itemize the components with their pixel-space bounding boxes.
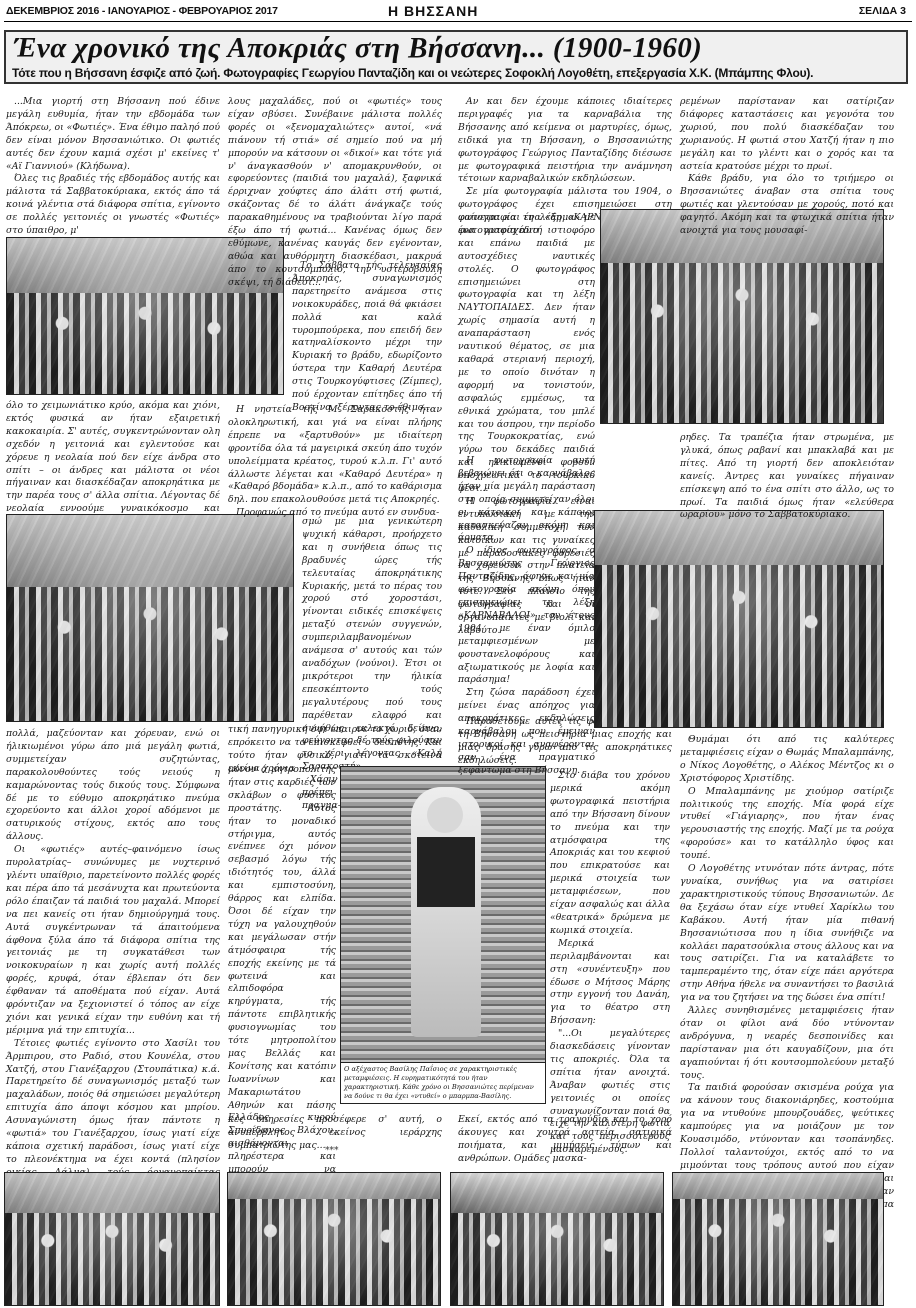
- photo-fustanella-group: [600, 209, 884, 424]
- column-4-bottom: Θυμάμαι ότι από τις καλύτερες μεταμφιέσε…: [680, 734, 894, 1224]
- article-title: Ένα χρονικό της Αποκριάς στη Βήσσανη... …: [14, 32, 904, 65]
- newspaper-name: Η ΒΗΣΣΑΝΗ: [388, 3, 478, 19]
- photo-bottom-4: [672, 1172, 884, 1306]
- paragraph: Όλες τις βραδιές τής εβδομάδος αυτής και…: [6, 173, 220, 238]
- paragraph: Το Σάββατο τής τελευταίας Άποκρηάς, συνα…: [292, 260, 442, 415]
- column-3-end: Εκεί, εκτός από τα τραγούδια και το χορό…: [458, 1114, 672, 1166]
- paragraph: ...Μια γιορτή στη Βήσσανη πού έδινε μεγά…: [6, 96, 220, 173]
- paragraph: Η φωτογραφία αυτή βεβαιώνει ότι ο καρνάβ…: [458, 455, 595, 545]
- page-number: ΣΕΛΙΔΑ 3: [859, 5, 906, 17]
- paragraph: Εκεί, εκτός από τα τραγούδια και το χορό…: [458, 1114, 672, 1166]
- paragraph: Ο Μπαλαμπάνης με χιούμορ σατίριζε πολιτι…: [680, 786, 894, 863]
- paragraph: Ο ίδιος φωτογράφος, ο Βησσανιώτης Γεώργι…: [458, 545, 595, 687]
- paragraph: Ο Λογοθέτης ντυνόταν πότε άντρας, πότε γ…: [680, 863, 894, 1005]
- photo-naftopaides-float: [6, 514, 294, 722]
- photo-caption: Ο αξέχαστος Βασίλης Παΐσιος σε χαρακτηρι…: [341, 1062, 545, 1103]
- photo-bottom-1: [4, 1172, 220, 1306]
- column-2-mid: Η νηστεία τής Μ. Σαρακοστής ήταν ολοκληρ…: [228, 404, 442, 520]
- article-title-box: Ένα χρονικό της Αποκριάς στη Βήσσανη... …: [4, 30, 908, 84]
- column-2-narrow: μόνον ό μητροπολίτης ήταν στις καρδιές τ…: [228, 764, 336, 1242]
- paragraph: Στο διάβα του χρόνου μερικά ακόμη φωτογρ…: [550, 770, 670, 938]
- column-2-beside-photo: Το Σάββατο τής τελευταίας Άποκρηάς, συνα…: [292, 260, 442, 415]
- paragraph: Κάθε βράδυ, για όλο το τριήμερο οι Βησσα…: [680, 173, 894, 238]
- photo-bottom-3: [450, 1172, 664, 1306]
- paragraph: Οι «φωτιές» αυτές–φαινόμενο ίσως πυρολατ…: [6, 844, 220, 1038]
- paragraph: ρηδες. Τα τραπέζια ήταν στρωμένα, με γλυ…: [680, 432, 894, 522]
- column-4-top: ρεμένων παρίσταναν και σατίριζαν διάφορε…: [680, 96, 894, 238]
- paragraph: Η νηστεία τής Μ. Σαρακοστής ήταν ολοκληρ…: [228, 404, 442, 507]
- paragraph: ρεμένων παρίσταναν και σατίριζαν διάφορε…: [680, 96, 894, 173]
- issue-date: ΔΕΚΕΜΒΡΙΟΣ 2016 - ΙΑΝΟΥΑΡΙΟΣ - ΦΕΒΡΟΥΑΡΙ…: [6, 5, 278, 17]
- paragraph: Αν και δεν έχουμε κάποιες ιδιαίτερες περ…: [458, 96, 672, 186]
- photo-vasilis-paisios: Ο αξέχαστος Βασίλης Παΐσιος σε χαρακτηρι…: [340, 766, 546, 1104]
- paragraph: Άλλες συνηθισμένες μεταμφιέσεις ήταν ότα…: [680, 1005, 894, 1082]
- paragraph: Μερικά περιλαμβάνονται και στη «συνέντευ…: [550, 938, 670, 1028]
- column-3-narrow-3: Στο διάβα του χρόνου μερικά ακόμη φωτογρ…: [550, 770, 670, 1157]
- photo-bottom-2: [227, 1172, 441, 1306]
- photo-costumed-officers: [594, 510, 884, 728]
- paragraph: πολλά, μαζεύονταν και χόρευαν, ενώ οι ήλ…: [6, 728, 220, 844]
- column-4-mid: ρηδες. Τα τραπέζια ήταν στρωμένα, με γλυ…: [680, 432, 894, 522]
- article-subtitle: Τότε που η Βήσσανη έσφιζε από ζωή. Φωτογ…: [12, 66, 813, 80]
- page-header: ΔΕΚΕΜΒΡΙΟΣ 2016 - ΙΑΝΟΥΑΡΙΟΣ - ΦΕΒΡΟΥΑΡΙ…: [4, 2, 912, 22]
- paragraph: φαίνεται και ένα «άρμα» με ένα αυτοσχέδι…: [458, 212, 595, 496]
- section-separator: ***: [325, 1146, 339, 1156]
- paragraph: μόνον ό μητροπολίτης ήταν στις καρδιές τ…: [228, 764, 336, 1242]
- column-1-top: ...Μια γιορτή στη Βήσσανη πού έδινε μεγά…: [6, 96, 220, 238]
- paragraph: Θυμάμαι ότι από τις καλύτερες μεταμφιέσε…: [680, 734, 894, 786]
